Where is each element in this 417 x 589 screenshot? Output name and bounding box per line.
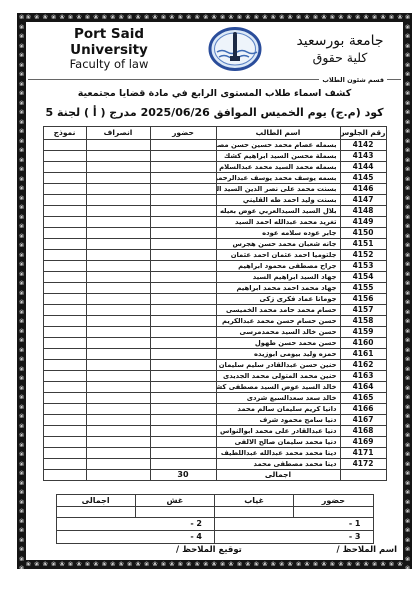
form-cell <box>43 139 86 150</box>
student-row: 4143بسملة محسن السيد ابراهيم كشك <box>43 150 386 161</box>
seat-number-cell: 4148 <box>340 205 386 216</box>
divider-line-short <box>387 79 401 80</box>
student-name-cell: بلال السيد السيدالعربي عوض بعيله <box>216 205 340 216</box>
student-name-cell: بسنت وليد احمد طه القليني <box>216 194 340 205</box>
exam-session-line: كود (م.ج) يوم الخميس الموافق 2025/06/26 … <box>26 106 403 119</box>
summary-absence-header: غياب <box>215 494 294 506</box>
student-name-cell: جراح مصطفى محمود ابراهيم <box>216 260 340 271</box>
border-ornament-left: ❀ ❀ ❀ ❀ ❀ ❀ ❀ ❀ ❀ ❀ ❀ ❀ ❀ ❀ ❀ ❀ ❀ ❀ ❀ ❀ … <box>17 13 26 569</box>
leave-cell <box>86 337 150 348</box>
department-divider: قسم شئون الطلاب <box>28 76 401 84</box>
seat-number-cell: 4153 <box>340 260 386 271</box>
leave-cell <box>86 161 150 172</box>
student-name-header: اسم الطالب <box>216 126 340 139</box>
student-name-cell: خالد سعد سعدالسبع شردى <box>216 392 340 403</box>
summary-note-row-2: - 3 - 4 <box>56 530 373 543</box>
student-row: 4166دانيا كريم سليمان سالم محمد <box>43 403 386 414</box>
student-name-cell: حسن خالد السيد محمدمرسى <box>216 326 340 337</box>
letterhead: Port Said University Faculty of law جامع… <box>26 22 403 72</box>
university-title-ar: جامعة بورسعيد <box>285 33 395 50</box>
student-name-cell: جابر عوده سلامه عوده <box>216 227 340 238</box>
leave-cell <box>86 359 150 370</box>
leave-cell <box>86 436 150 447</box>
leave-cell <box>86 205 150 216</box>
student-name-cell: جهاد السيد ابراهيم السيد <box>216 271 340 282</box>
seat-number-cell: 4143 <box>340 150 386 161</box>
form-cell <box>43 271 86 282</box>
form-cell <box>43 304 86 315</box>
student-name-cell: تغريد محمد عبدالله احمد السيد <box>216 216 340 227</box>
student-row: 4151جانه شعبان محمد حسن هجرس <box>43 238 386 249</box>
student-name-cell: دينا محمد مصطفى محمد <box>216 458 340 469</box>
form-cell <box>43 249 86 260</box>
student-row: 4158حسن حسام حسن محمد عبدالكريم <box>43 315 386 326</box>
form-cell <box>43 293 86 304</box>
form-header: نموذج <box>43 126 86 139</box>
note-3: - 3 <box>215 530 374 543</box>
note-2: - 2 <box>56 517 215 530</box>
observer-signature-label: توقيع الملاحظ / <box>176 545 242 555</box>
note-1: - 1 <box>215 517 374 530</box>
leave-cell <box>86 227 150 238</box>
leave-header: انصراف <box>86 126 150 139</box>
note-4: - 4 <box>56 530 215 543</box>
form-cell <box>43 359 86 370</box>
summary-total-header: اجمالى <box>56 494 135 506</box>
student-name-cell: حسن حسام حسن محمد عبدالكريم <box>216 315 340 326</box>
attendance-cell <box>150 370 216 381</box>
student-name-cell: جهاد محمد احمد محمد ابراهيم <box>216 282 340 293</box>
university-name-english: Port Said University Faculty of law <box>34 27 184 72</box>
student-row: 4148بلال السيد السيدالعربي عوض بعيله <box>43 205 386 216</box>
leave-cell <box>86 183 150 194</box>
leave-cell <box>86 260 150 271</box>
seat-number-cell: 4167 <box>340 414 386 425</box>
attendance-cell <box>150 216 216 227</box>
student-row: 4168دنيا عبدالقادر على محمد ابوالنواس <box>43 425 386 436</box>
leave-cell <box>86 249 150 260</box>
leave-cell <box>86 282 150 293</box>
student-name-cell: دينا محمد محمد عبدالله عبداللطيف <box>216 447 340 458</box>
student-table-body: 4142بسمله عصام محمد حسين حسن مصطفى4143بس… <box>43 139 386 469</box>
seat-number-cell: 4159 <box>340 326 386 337</box>
summary-attendance-header: حضور <box>294 494 373 506</box>
total-form-cell <box>43 469 86 480</box>
leave-cell <box>86 139 150 150</box>
form-cell <box>43 403 86 414</box>
seat-number-cell: 4154 <box>340 271 386 282</box>
summary-empty-cell <box>56 506 135 517</box>
attendance-cell <box>150 194 216 205</box>
student-name-cell: جلتوميا احمد عثمان احمد عثمان <box>216 249 340 260</box>
seat-number-cell: 4146 <box>340 183 386 194</box>
seat-number-cell: 4166 <box>340 403 386 414</box>
summary-cheating-header: غش <box>135 494 214 506</box>
seat-number-cell: 4155 <box>340 282 386 293</box>
attendance-cell <box>150 293 216 304</box>
leave-cell <box>86 271 150 282</box>
leave-cell <box>86 293 150 304</box>
student-name-cell: حمزه وليد بيومى ابوزيده <box>216 348 340 359</box>
summary-empty-cell <box>215 506 294 517</box>
form-cell <box>43 282 86 293</box>
total-row: اجمالى 30 <box>43 469 386 480</box>
student-attendance-table: رقم الجلوس اسم الطالب حضور انصراف نموذج … <box>43 126 387 481</box>
total-value-cell: 30 <box>150 469 216 480</box>
form-cell <box>43 326 86 337</box>
attendance-cell <box>150 425 216 436</box>
decorative-frame: ❀❀❀❀❀❀❀❀❀❀❀❀❀❀❀❀❀❀❀❀❀❀❀❀❀❀❀❀❀❀❀❀❀❀❀❀❀❀❀❀… <box>17 13 412 569</box>
attendance-cell <box>150 227 216 238</box>
leave-cell <box>86 425 150 436</box>
form-cell <box>43 161 86 172</box>
form-cell <box>43 414 86 425</box>
student-row: 4147بسنت وليد احمد طه القليني <box>43 194 386 205</box>
student-row: 4153جراح مصطفى محمود ابراهيم <box>43 260 386 271</box>
student-name-cell: حنين حسن عبدالقادر سليم سليمان <box>216 359 340 370</box>
student-name-cell: دنيا محمد سليمان صالح الالفى <box>216 436 340 447</box>
seat-number-cell: 4150 <box>340 227 386 238</box>
student-row: 4163حنين محمد المتولى محمد الجديدى <box>43 370 386 381</box>
seat-number-cell: 4149 <box>340 216 386 227</box>
seat-number-cell: 4168 <box>340 425 386 436</box>
attendance-cell <box>150 414 216 425</box>
seat-number-cell: 4151 <box>340 238 386 249</box>
form-cell <box>43 458 86 469</box>
form-cell <box>43 348 86 359</box>
student-name-cell: بسمله عصام محمد حسين حسن مصطفى <box>216 139 340 150</box>
attendance-cell <box>150 392 216 403</box>
student-row: 4165خالد سعد سعدالسبع شردى <box>43 392 386 403</box>
seat-number-cell: 4145 <box>340 172 386 183</box>
seat-number-header: رقم الجلوس <box>340 126 386 139</box>
attendance-cell <box>150 161 216 172</box>
signature-footer: اسم الملاحظ / توقيع الملاحظ / <box>26 545 403 558</box>
sheet-title: كشف اسماء طلاب المستوى الرابع في مادة قض… <box>26 88 403 99</box>
student-row: 4167دنيا سامح محمود شرف <box>43 414 386 425</box>
form-cell <box>43 337 86 348</box>
attendance-cell <box>150 238 216 249</box>
student-row: 4157حسام محمد حامد محمد الخميسى <box>43 304 386 315</box>
seat-number-cell: 4163 <box>340 370 386 381</box>
student-name-cell: جانه شعبان محمد حسن هجرس <box>216 238 340 249</box>
form-cell <box>43 194 86 205</box>
total-leave-cell <box>86 469 150 480</box>
attendance-cell <box>150 348 216 359</box>
seat-number-cell: 4171 <box>340 447 386 458</box>
summary-header-row: حضور غياب غش اجمالى <box>56 494 373 506</box>
attendance-cell <box>150 337 216 348</box>
border-ornament-bottom: ❀❀❀❀❀❀❀❀❀❀❀❀❀❀❀❀❀❀❀❀❀❀❀❀❀❀❀❀❀❀❀❀❀❀❀❀❀❀❀❀… <box>17 560 412 569</box>
form-cell <box>43 227 86 238</box>
total-seat-cell <box>340 469 386 480</box>
seat-number-cell: 4158 <box>340 315 386 326</box>
sheet-content: Port Said University Faculty of law جامع… <box>26 22 403 560</box>
attendance-header: حضور <box>150 126 216 139</box>
student-row: 4172دينا محمد مصطفى محمد <box>43 458 386 469</box>
leave-cell <box>86 381 150 392</box>
form-cell <box>43 436 86 447</box>
student-row: 4161حمزه وليد بيومى ابوزيده <box>43 348 386 359</box>
attendance-cell <box>150 326 216 337</box>
student-name-cell: دنيا سامح محمود شرف <box>216 414 340 425</box>
attendance-cell <box>150 139 216 150</box>
form-cell <box>43 172 86 183</box>
student-row: 4144بسمله محمد السيد محمد عبدالسلام <box>43 161 386 172</box>
leave-cell <box>86 238 150 249</box>
seat-number-cell: 4147 <box>340 194 386 205</box>
attendance-cell <box>150 304 216 315</box>
attendance-cell <box>150 271 216 282</box>
student-name-cell: بسملة محسن السيد ابراهيم كشك <box>216 150 340 161</box>
student-row: 4146بسنت محمد على نصر الدين السيد الب <box>43 183 386 194</box>
attendance-cell <box>150 359 216 370</box>
attendance-cell <box>150 205 216 216</box>
student-row: 4159حسن خالد السيد محمدمرسى <box>43 326 386 337</box>
seat-number-cell: 4144 <box>340 161 386 172</box>
student-row: 4149تغريد محمد عبدالله احمد السيد <box>43 216 386 227</box>
form-cell <box>43 150 86 161</box>
student-row: 4154جهاد السيد ابراهيم السيد <box>43 271 386 282</box>
student-name-cell: حنين محمد المتولى محمد الجديدى <box>216 370 340 381</box>
attendance-cell <box>150 172 216 183</box>
seat-number-cell: 4142 <box>340 139 386 150</box>
student-row: 4155جهاد محمد احمد محمد ابراهيم <box>43 282 386 293</box>
summary-empty-cell <box>135 506 214 517</box>
logo-container <box>207 27 263 71</box>
attendance-cell <box>150 436 216 447</box>
seat-number-cell: 4156 <box>340 293 386 304</box>
seat-number-cell: 4157 <box>340 304 386 315</box>
summary-empty-cell <box>294 506 373 517</box>
leave-cell <box>86 194 150 205</box>
seat-number-cell: 4152 <box>340 249 386 260</box>
leave-cell <box>86 150 150 161</box>
form-cell <box>43 370 86 381</box>
form-cell <box>43 381 86 392</box>
form-cell <box>43 447 86 458</box>
student-row: 4142بسمله عصام محمد حسين حسن مصطفى <box>43 139 386 150</box>
student-row: 4162حنين حسن عبدالقادر سليم سليمان <box>43 359 386 370</box>
leave-cell <box>86 172 150 183</box>
faculty-title-en: Faculty of law <box>34 58 184 72</box>
attendance-cell <box>150 403 216 414</box>
student-row: 4152جلتوميا احمد عثمان احمد عثمان <box>43 249 386 260</box>
attendance-cell <box>150 381 216 392</box>
student-name-cell: بسمله محمد السيد محمد عبدالسلام <box>216 161 340 172</box>
leave-cell <box>86 458 150 469</box>
seat-number-cell: 4172 <box>340 458 386 469</box>
border-ornament-top: ❀❀❀❀❀❀❀❀❀❀❀❀❀❀❀❀❀❀❀❀❀❀❀❀❀❀❀❀❀❀❀❀❀❀❀❀❀❀❀❀… <box>17 13 412 22</box>
summary-note-row-1: - 1 - 2 <box>56 517 373 530</box>
scanned-attendance-sheet: { "decor": { "border_glyph": "❀", "borde… <box>0 0 417 589</box>
divider-line <box>28 79 319 80</box>
summary-table: حضور غياب غش اجمالى - 1 - 2 - 3 - 4 <box>56 494 374 544</box>
student-name-cell: جومانا عماد فكرى زكى <box>216 293 340 304</box>
attendance-cell <box>150 458 216 469</box>
leave-cell <box>86 414 150 425</box>
student-name-cell: بسنت محمد على نصر الدين السيد الب <box>216 183 340 194</box>
student-name-cell: حسن محمد حسن طهول <box>216 337 340 348</box>
leave-cell <box>86 392 150 403</box>
university-title-en: Port Said University <box>34 27 184 58</box>
leave-cell <box>86 216 150 227</box>
form-cell <box>43 183 86 194</box>
leave-cell <box>86 370 150 381</box>
seat-number-cell: 4165 <box>340 392 386 403</box>
summary-empty-row <box>56 506 373 517</box>
attendance-cell <box>150 447 216 458</box>
student-name-cell: دانيا كريم سليمان سالم محمد <box>216 403 340 414</box>
student-name-cell: دنيا عبدالقادر على محمد ابوالنواس <box>216 425 340 436</box>
attendance-cell <box>150 315 216 326</box>
seat-number-cell: 4169 <box>340 436 386 447</box>
department-label: قسم شئون الطلاب <box>319 76 387 84</box>
form-cell <box>43 205 86 216</box>
observer-name-label: اسم الملاحظ / <box>337 545 397 555</box>
attendance-cell <box>150 183 216 194</box>
attendance-cell <box>150 150 216 161</box>
student-name-cell: حسام محمد حامد محمد الخميسى <box>216 304 340 315</box>
leave-cell <box>86 326 150 337</box>
faculty-title-ar: كلية حقوق <box>285 50 395 66</box>
form-cell <box>43 392 86 403</box>
seat-number-cell: 4162 <box>340 359 386 370</box>
table-header-row: رقم الجلوس اسم الطالب حضور انصراف نموذج <box>43 126 386 139</box>
leave-cell <box>86 304 150 315</box>
student-row: 4156جومانا عماد فكرى زكى <box>43 293 386 304</box>
form-cell <box>43 315 86 326</box>
student-name-cell: خالد السيد عوض السيد مصطفى كشك <box>216 381 340 392</box>
seat-number-cell: 4160 <box>340 337 386 348</box>
form-cell <box>43 260 86 271</box>
seat-number-cell: 4161 <box>340 348 386 359</box>
leave-cell <box>86 348 150 359</box>
student-row: 4164خالد السيد عوض السيد مصطفى كشك <box>43 381 386 392</box>
student-row: 4169دنيا محمد سليمان صالح الالفى <box>43 436 386 447</box>
form-cell <box>43 238 86 249</box>
student-name-cell: بسمه يوسف محمد يوسف عبدالرحمن <box>216 172 340 183</box>
attendance-cell <box>150 249 216 260</box>
attendance-cell <box>150 260 216 271</box>
border-ornament-right: ❀ ❀ ❀ ❀ ❀ ❀ ❀ ❀ ❀ ❀ ❀ ❀ ❀ ❀ ❀ ❀ ❀ ❀ ❀ ❀ … <box>403 13 412 569</box>
university-name-arabic: جامعة بورسعيد كلية حقوق <box>285 33 395 65</box>
leave-cell <box>86 403 150 414</box>
form-cell <box>43 425 86 436</box>
student-row: 4145بسمه يوسف محمد يوسف عبدالرحمن <box>43 172 386 183</box>
student-row: 4171دينا محمد محمد عبدالله عبداللطيف <box>43 447 386 458</box>
leave-cell <box>86 315 150 326</box>
total-label-cell: اجمالى <box>216 469 340 480</box>
student-row: 4150جابر عوده سلامه عوده <box>43 227 386 238</box>
form-cell <box>43 216 86 227</box>
leave-cell <box>86 447 150 458</box>
seat-number-cell: 4164 <box>340 381 386 392</box>
attendance-cell <box>150 282 216 293</box>
student-row: 4160حسن محمد حسن طهول <box>43 337 386 348</box>
university-seal-icon <box>208 27 262 71</box>
